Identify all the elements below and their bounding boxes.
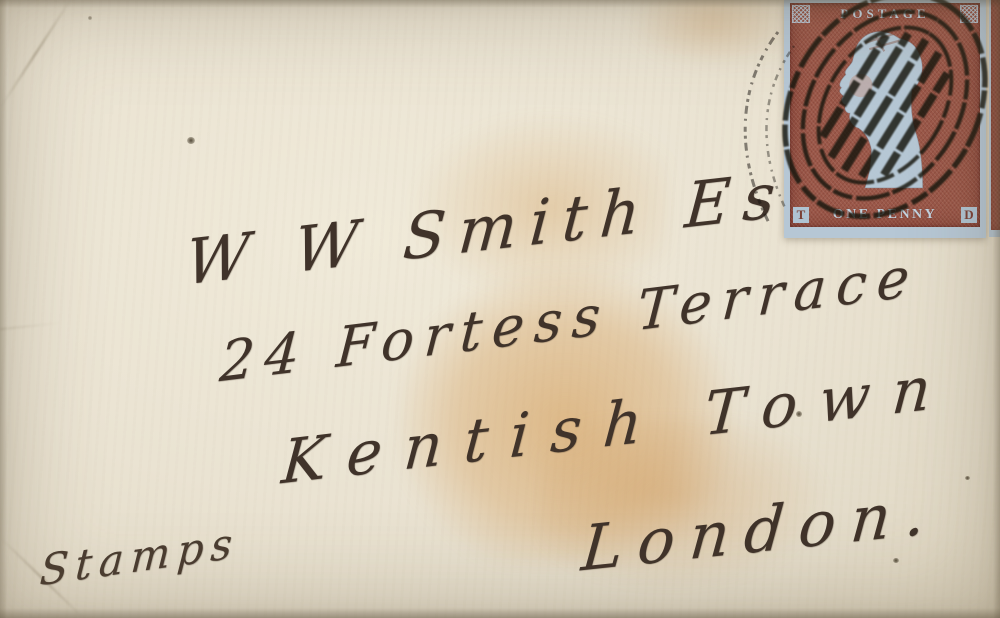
corner-letter-d: D — [961, 207, 977, 223]
envelope-paper: W W Smith Esq 24 Fortess Terrace Kentish… — [0, 0, 1000, 618]
stamp-bottom-band: T ONE PENNY D — [790, 203, 980, 227]
queen-victoria-profile-icon — [816, 19, 944, 201]
photo-edge-shadow-right — [993, 0, 1000, 618]
photo-edge-shadow-left — [0, 0, 7, 618]
corner-letter-t: T — [793, 207, 809, 223]
stamp-body: POSTAGE T ONE PENNY D — [790, 3, 980, 227]
ink-speck — [893, 558, 899, 563]
photo-edge-shadow-top — [0, 0, 1000, 8]
envelope-photo: { "photo": { "subject": "Victorian envel… — [0, 0, 1000, 618]
ink-speck — [88, 16, 92, 20]
ink-speck — [965, 476, 970, 480]
penny-red-stamp: POSTAGE T ONE PENNY D — [784, 0, 986, 238]
photo-edge-shadow-bottom — [0, 608, 1000, 618]
ink-speck — [187, 137, 195, 144]
one-penny-label: ONE PENNY — [812, 207, 958, 223]
